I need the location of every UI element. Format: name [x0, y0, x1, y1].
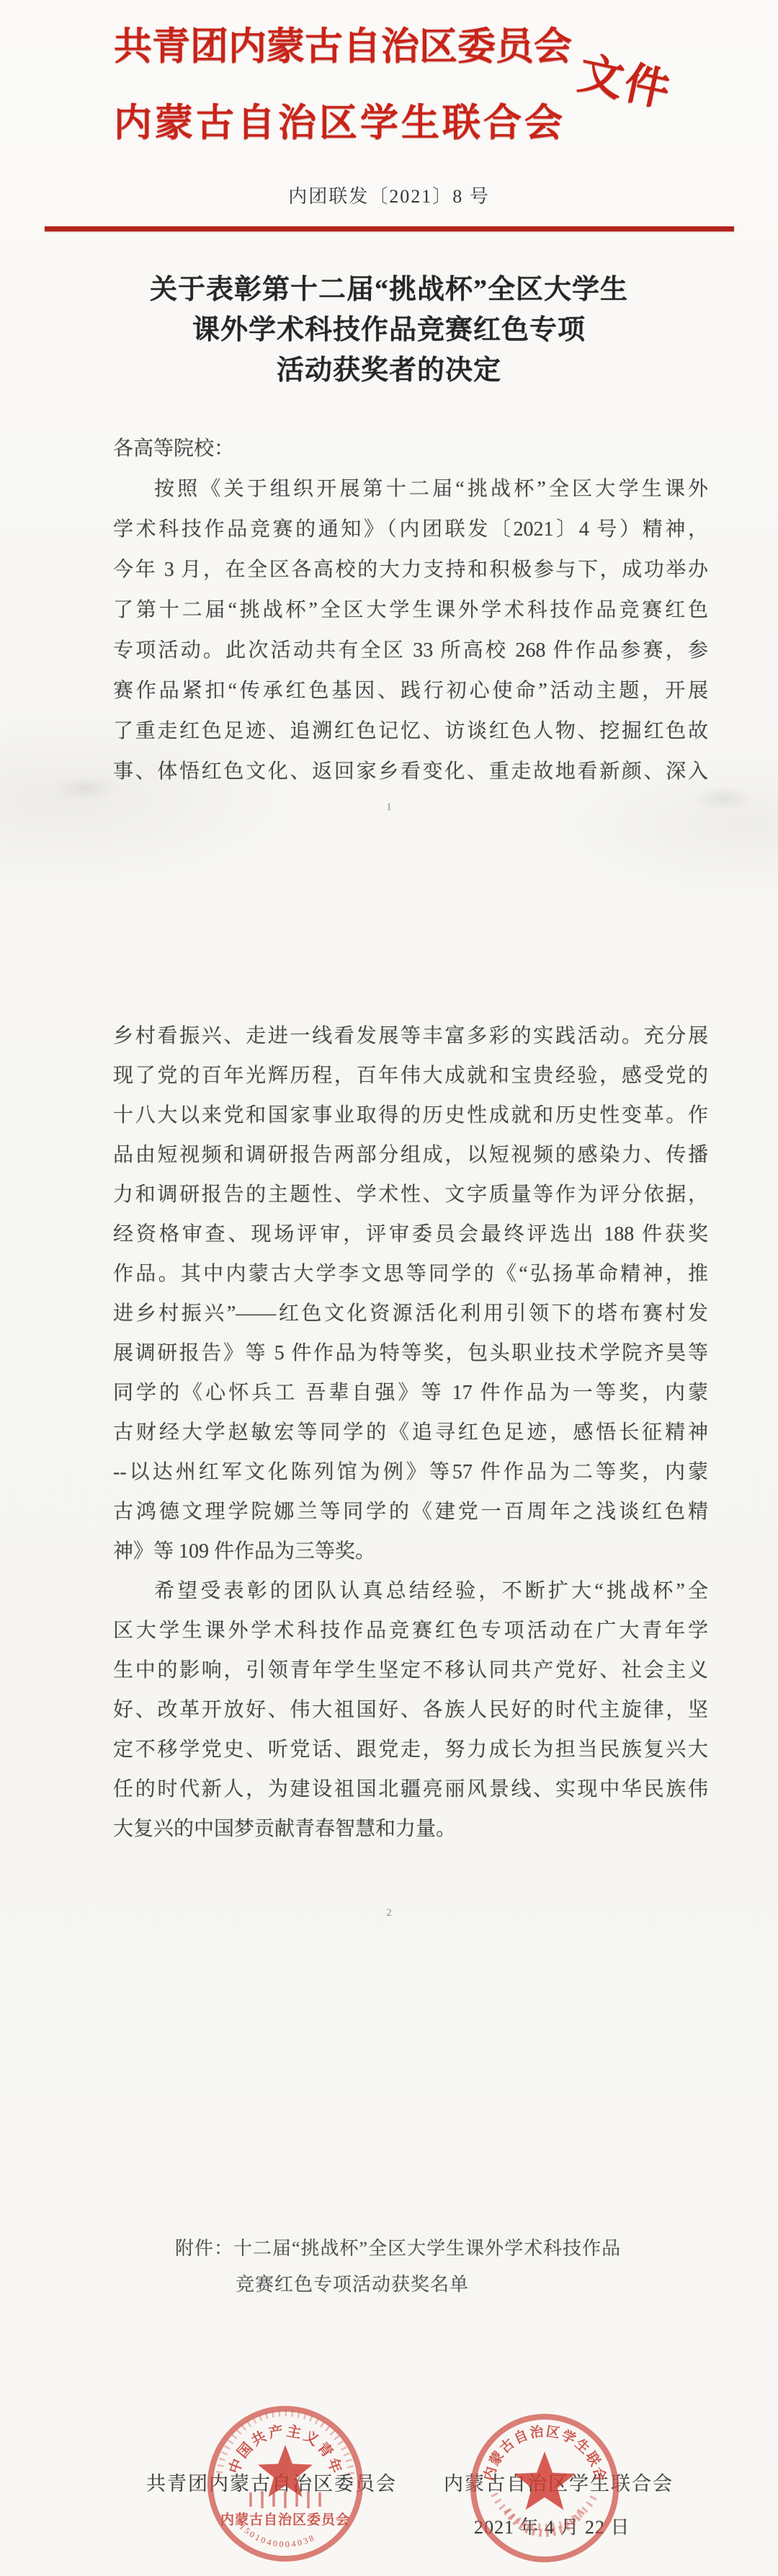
body-line: 了重走红色足迹、追溯红色记忆、访谈红色人物、挖掘红色故 — [113, 711, 708, 752]
body-line: 定不移学党史、听党话、跟党走，努力成长为担当民族复兴大 — [113, 1730, 708, 1769]
body-line: --以达州红军文化陈列馆为例》等57 件作品为二等奖，内蒙 — [113, 1452, 708, 1492]
body-line: 力和调研报告的主题性、学术性、文字质量等作为评分依据， — [113, 1175, 708, 1214]
body-line: 十八大以来党和国家事业取得的历史性成就和历史性变革。作 — [113, 1096, 708, 1135]
body-line: 品由短视频和调研报告两部分组成，以短视频的感染力、传播 — [113, 1135, 708, 1175]
body-line: 好、改革开放好、伟大祖国好、各族人民好的时代主旋律，坚 — [113, 1690, 708, 1730]
title-line: 关于表彰第十二届“挑战杯”全区大学生 — [0, 270, 778, 310]
document-title: 关于表彰第十二届“挑战杯”全区大学生课外学术科技作品竞赛红色专项活动获奖者的决定 — [0, 270, 778, 391]
star-icon — [258, 2445, 313, 2497]
body-line: 作品。其中内蒙古大学李文思等同学的《“弘扬革命精神，推 — [113, 1254, 708, 1294]
body-line: 学术科技作品竞赛的通知》（内团联发〔2021〕4 号）精神， — [113, 510, 708, 550]
body-line: 希望受表彰的团队认真总结经验，不断扩大“挑战杯”全 — [113, 1571, 708, 1611]
body-line: 按照《关于组织开展第十二届“挑战杯”全区大学生课外 — [113, 469, 708, 510]
body-line: 神》等 109 件作品为三等奖。 — [113, 1532, 708, 1571]
header-org-line-2: 内蒙古自治区学生联合会 — [114, 92, 565, 147]
body-line: 事、体悟红色文化、返回家乡看变化、重走故地看新颜、深入 — [113, 752, 708, 792]
seal-mongolian-script-row — [251, 2491, 320, 2508]
body-line: 展调研报告》等 5 件作品为特等奖，包头职业技术学院齐昊等 — [113, 1333, 708, 1373]
body-page-2: 乡村看振兴、走进一线看发展等丰富多彩的实践活动。充分展现了党的百年光辉历程，百年… — [113, 1016, 708, 1849]
official-seal-left-icon: 中国共产主义青年团 内蒙古自治区委员会 1501040004038 — [199, 2397, 372, 2570]
body-line: 同学的《心怀兵工 吾辈自强》等 17 件作品为一等奖，内蒙 — [113, 1373, 708, 1413]
red-divider-line — [45, 226, 734, 231]
document-page: 共青团内蒙古自治区委员会 内蒙古自治区学生联合会 文件 内团联发〔2021〕8 … — [0, 0, 778, 2576]
attachment-line-2: 竞赛红色专项活动获奖名单 — [175, 2267, 621, 2303]
body-line: 今年 3 月，在全区各高校的大力支持和积极参与下，成功举办 — [113, 550, 708, 590]
attachment-note: 附件：十二届“挑战杯”全区大学生课外学术科技作品 竞赛红色专项活动获奖名单 — [175, 2231, 621, 2303]
body-line: 古财经大学赵敏宏等同学的《追寻红色足迹，感悟长征精神 — [113, 1413, 708, 1452]
doc-number: 内团联发〔2021〕8 号 — [0, 182, 778, 208]
body-page-1: 各高等院校：按照《关于组织开展第十二届“挑战杯”全区大学生课外学术科技作品竞赛的… — [113, 429, 708, 792]
body-line: 了第十二届“挑战杯”全区大学生课外学术科技作品竞赛红色 — [113, 590, 708, 631]
body-line: 生中的影响，引领青年学生坚定不移认同共产党好、社会主义 — [113, 1651, 708, 1690]
body-line: 赛作品紧扣“传承红色基因、践行初心使命”活动主题，开展 — [113, 671, 708, 711]
page-number-2: 2 — [0, 1907, 778, 1919]
body-line: 区大学生课外学术科技作品竞赛红色专项活动在广大青年学 — [113, 1611, 708, 1651]
body-line: 任的时代新人，为建设祖国北疆亮丽风景线、实现中华民族伟 — [113, 1769, 708, 1809]
official-seal-right-icon: 内蒙古自治区学生联合会 — [462, 2405, 627, 2571]
body-line: 古鸿德文理学院娜兰等同学的《建党一百周年之浅谈红色精 — [113, 1492, 708, 1532]
body-line: 进乡村振兴”——红色文化资源活化利用引领下的塔布赛村发 — [113, 1294, 708, 1333]
body-line: 现了党的百年光辉历程，百年伟大成就和宝贵经验，感受党的 — [113, 1056, 708, 1096]
header-org-line-1: 共青团内蒙古自治区委员会 — [114, 16, 572, 71]
attachment-line-1: 附件：十二届“挑战杯”全区大学生课外学术科技作品 — [175, 2231, 621, 2267]
star-icon — [514, 2451, 575, 2510]
title-line: 活动获奖者的决定 — [0, 350, 778, 391]
body-line: 大复兴的中国梦贡献青春智慧和力量。 — [113, 1809, 708, 1849]
body-line: 各高等院校： — [113, 429, 708, 469]
body-line: 专项活动。此次活动共有全区 33 所高校 268 件作品参赛，参 — [113, 631, 708, 671]
header-doc-type-mark: 文件 — [573, 37, 679, 119]
body-line: 乡村看振兴、走进一线看发展等丰富多彩的实践活动。充分展 — [113, 1016, 708, 1056]
body-line: 经资格审查、现场评审，评审委员会最终评选出 188 件获奖 — [113, 1214, 708, 1254]
page-number-1: 1 — [0, 801, 778, 814]
title-line: 课外学术科技作品竞赛红色专项 — [0, 310, 778, 350]
seal-inner-text: 内蒙古自治区委员会 — [220, 2511, 350, 2528]
